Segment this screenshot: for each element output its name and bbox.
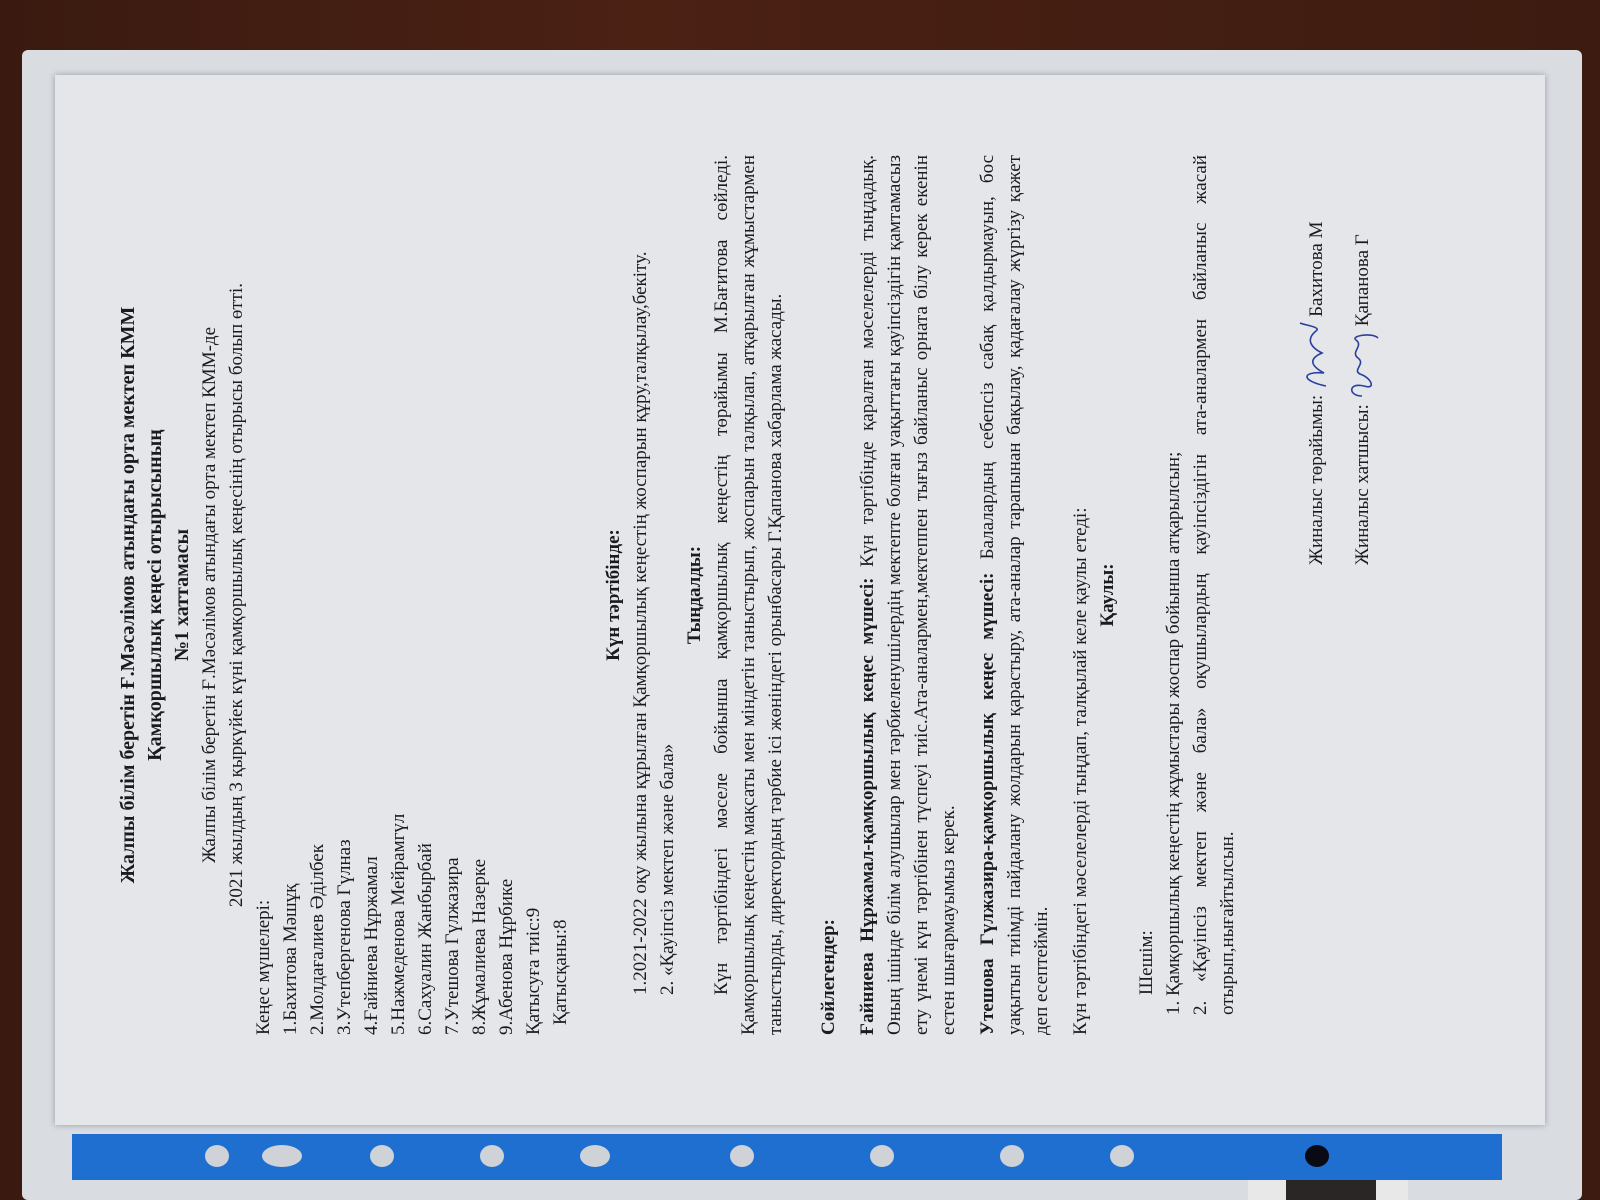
intro-line-2: 2021 жылдың 3 қыркүйек күні қамқоршылық … <box>223 155 250 1035</box>
agenda-item-2: 2. «Қауіпсіз мектеп және бала» <box>654 155 681 1035</box>
member-item: 7.Утешова Гүлжазира <box>439 155 466 1035</box>
member-item: 6.Сахуалин Жанбырбай <box>412 155 439 1035</box>
binder-hole <box>1000 1145 1024 1167</box>
agenda-item-1: 1.2021-2022 оқу жылына құрылған Қамқоршы… <box>627 155 654 1035</box>
binder-hole <box>870 1145 894 1167</box>
header-line-1: Жалпы білім беретін Ғ.Мәсәлімов атындағы… <box>115 155 142 1035</box>
secretary-label: Жиналыс хатшысы: <box>1349 404 1376 565</box>
agenda-heading: Күн тәртібінде: <box>600 155 627 1035</box>
chair-label: Жиналыс төрайымы: <box>1303 395 1330 565</box>
secretary-signature-row: Жиналыс хатшысы: Қапанова Г <box>1339 155 1385 565</box>
members-heading: Кеңес мүшелері: <box>250 155 277 1035</box>
heard-text: Күн тәртібіндегі мәселе бойынша қамқоршы… <box>708 155 789 1035</box>
resolution-item-2: 2. «Қауіпсіз мектеп және бала» оқушылард… <box>1187 155 1241 1035</box>
member-item: 1.Бахитова Мәшұқ <box>277 155 304 1035</box>
member-item: 3.Утепбергенова Гүлназ <box>331 155 358 1035</box>
binder-hole <box>1110 1145 1134 1167</box>
binder-hole <box>580 1145 610 1167</box>
binder-hole <box>370 1145 394 1167</box>
header-line-2: Қамқоршылық кеңесі отырысының <box>142 155 169 1035</box>
secretary-signature-icon <box>1342 330 1382 400</box>
resolution-item-1: 1. Қамқоршылық кеңестің жұмыстары жоспар… <box>1160 155 1187 1035</box>
document-page: Жалпы білім беретін Ғ.Мәсәлімов атындағы… <box>55 75 1545 1125</box>
binder-hole <box>205 1145 229 1167</box>
intro-line-1: Жалпы білім беретін Ғ.Мәсәлімов атындағы… <box>196 155 223 1035</box>
secretary-name: Қапанова Г <box>1349 234 1376 326</box>
members-list: 1.Бахитова Мәшұқ 2.Молдағалиев Әділбек 3… <box>277 155 520 1035</box>
attendance-present: Қатысқаны:8 <box>547 155 574 1035</box>
resolution-heading: Қаулы: <box>1094 155 1121 1035</box>
chair-signature-row: Жиналыс төрайымы: Бахитова М <box>1293 155 1339 565</box>
binder-hole <box>730 1145 754 1167</box>
speaker-2-name: Утешова Гүлжазира-қамқоршылық кеңес мүше… <box>977 579 998 1035</box>
member-item: 2.Молдағалиев Әділбек <box>304 155 331 1035</box>
member-item: 8.Жұмалиева Назерке <box>466 155 493 1035</box>
attendance-required: Қатысуға тиіс:9 <box>520 155 547 1035</box>
heard-heading: Тыңдалды: <box>681 155 708 1035</box>
binder-hole <box>262 1145 302 1167</box>
binder-hole <box>1305 1145 1329 1167</box>
decision-label: Шешім: <box>1133 155 1160 1035</box>
protocol-number: №1 хаттамасы <box>169 155 196 1035</box>
binder-hole <box>480 1145 504 1167</box>
member-item: 9.Абенова Нұрбике <box>493 155 520 1035</box>
speakers-heading: Сөйлегендер: <box>815 155 842 1035</box>
member-item: 5.Нажмеденова Мейрамгүл <box>385 155 412 1035</box>
chair-signature-icon <box>1296 321 1336 391</box>
member-item: 4.Ғайниева Нұржамал <box>358 155 385 1035</box>
speaker-1-name: Ғайниева Нұржамал-қамқоршылық кеңес мүше… <box>857 584 878 1035</box>
speaker-2: Утешова Гүлжазира-қамқоршылық кеңес мүше… <box>974 155 1055 1035</box>
chair-name: Бахитова М <box>1303 221 1330 316</box>
discussion-line: Күн тәртібіндегі мәселелерді тыңдап, тал… <box>1067 155 1094 1035</box>
speaker-1: Ғайниева Нұржамал-қамқоршылық кеңес мүше… <box>854 155 962 1035</box>
